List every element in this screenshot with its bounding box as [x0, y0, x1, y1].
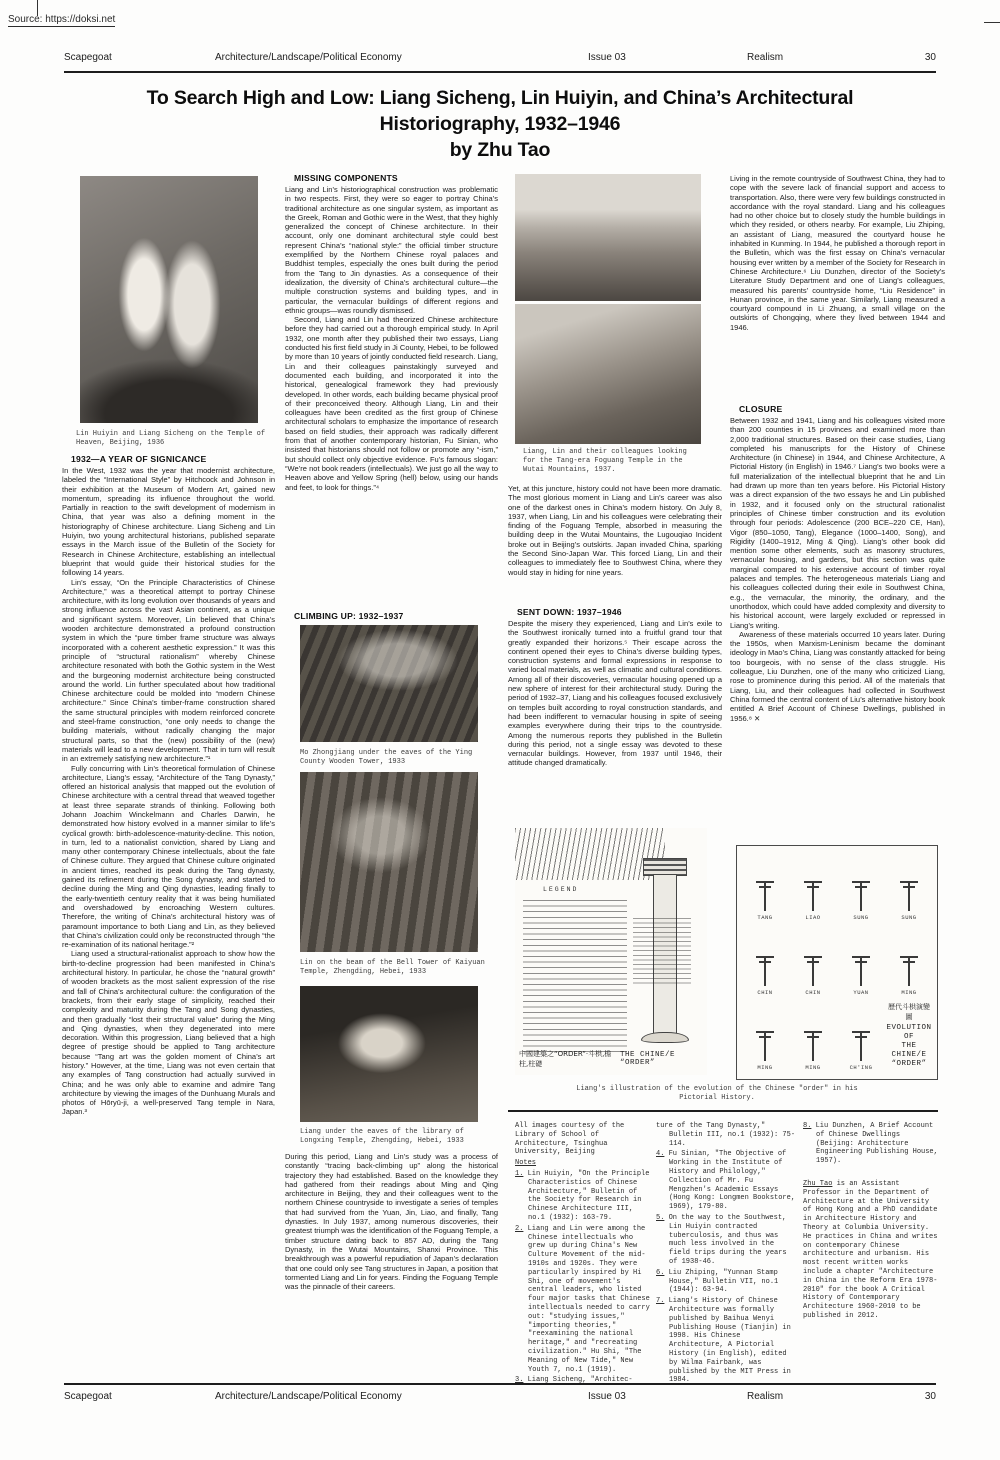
running-footer: Scapegoat Architecture/Landscape/Politic… [0, 1391, 1000, 1405]
evolution-cell: TANG [741, 850, 789, 925]
note-item: 7. Liang's History of Chinese Architectu… [656, 1297, 796, 1385]
diagram-column-plinth [641, 1032, 689, 1043]
footer-rule [64, 1383, 936, 1385]
evolution-cell: LIAO [789, 850, 837, 925]
column-2-body-bottom: During this period, Liang and Lin’s stud… [285, 1152, 498, 1291]
column-3-body-top: Yet, at this juncture, history could not… [508, 484, 722, 577]
author-bio: Zhu Tao is an Assistant Professor in the… [803, 1180, 941, 1321]
paragraph: Despite the misery they experienced, Lia… [508, 619, 722, 768]
evolution-title-cell: 歷代斗栱演變圖 EVOLUTION OF THE CHINE/E “ORDER” [885, 1000, 933, 1075]
evolution-title-chinese: 歷代斗栱演變圖 [885, 1002, 933, 1022]
paragraph: Second, Liang and Lin had theorized Chin… [285, 315, 498, 492]
photo-longxing-temple [300, 986, 478, 1122]
header-magazine: Scapegoat [64, 52, 112, 63]
dynasty-label: MING [901, 989, 916, 996]
title-line-1: To Search High and Low: Liang Sicheng, L… [0, 85, 1000, 111]
header-subtitle: Architecture/Landscape/Political Economy [215, 52, 402, 63]
evolution-title-english: EVOLUTION OF THE CHINE/E “ORDER” [886, 1024, 931, 1069]
dynasty-label: CHIN [757, 989, 772, 996]
paragraph: In the West, 1932 was the year that mode… [62, 466, 275, 578]
dynasty-label: SUNG [853, 914, 868, 921]
evolution-cell: SUNG [837, 850, 885, 925]
paragraph: Between 1932 and 1941, Liang and his col… [730, 416, 945, 630]
photo-caption-ying-county: Mo Zhongjiang under the eaves of the Yin… [300, 749, 490, 767]
note-item: 5. On the way to the Southwest, Lin Huiy… [656, 1214, 796, 1267]
dynasty-label: SUNG [901, 914, 916, 921]
diagram-left-label-chinese: 中國建築之“ORDER”·斗栱,檐柱,柱礎 [519, 1049, 620, 1069]
section-heading-climbing-up: CLIMBING UP: 1932–1937 [285, 611, 507, 621]
dynasty-label: MING [805, 1064, 820, 1071]
diagram-left-label-english: THE CHINE/E “ORDER” [620, 1051, 703, 1067]
column-1-body: In the West, 1932 was the year that mode… [62, 466, 275, 1117]
photo-caption-wutai: Liang, Lin and their colleagues looking … [523, 448, 701, 476]
note-item: 2. Liang and Lin were among the Chinese … [515, 1225, 651, 1375]
bracket-glyph [860, 881, 862, 911]
evolution-cell: SUNG [885, 850, 933, 925]
diagram-legend-list [523, 900, 627, 1052]
column-2-body-top: Liang and Lin’s historiographical constr… [285, 185, 498, 492]
running-header: Scapegoat Architecture/Landscape/Politic… [0, 52, 1000, 66]
notes-column-2: ture of the Tang Dynasty," Bulletin III,… [656, 1122, 796, 1387]
diagram-left-label: 中國建築之“ORDER”·斗栱,檐柱,柱礎 THE CHINE/E “ORDER… [519, 1049, 703, 1069]
footer-magazine: Scapegoat [64, 1391, 112, 1402]
footer-subtitle: Architecture/Landscape/Political Economy [215, 1391, 402, 1402]
note-item: ture of the Tang Dynasty," Bulletin III,… [656, 1122, 796, 1148]
notes-rule [508, 1110, 938, 1112]
evolution-cell: CH'ING [837, 1000, 885, 1075]
bracket-glyph [812, 881, 814, 911]
title-byline: by Zhu Tao [0, 137, 1000, 163]
header-page-number: 30 [880, 52, 936, 63]
footer-theme: Realism [747, 1391, 783, 1402]
dynasty-label: LIAO [805, 914, 820, 921]
paragraph: Fully concurring with Lin’s theoretical … [62, 764, 275, 950]
author-name: Zhu Tao [803, 1180, 832, 1188]
note-item: 4. Fu Sinian, "The Objective of Working … [656, 1150, 796, 1212]
section-heading-missing-components: MISSING COMPONENTS [285, 173, 507, 183]
section-heading-closure: CLOSURE [730, 404, 954, 414]
diagram-order-evolution-chart: TANG LIAO SUNG SUNG CHIN CHIN YUAN MING … [736, 845, 938, 1080]
evolution-cell: MING [741, 1000, 789, 1075]
image-credit: All images courtesy of the Library of Sc… [515, 1122, 651, 1157]
photo-caption-longxing: Liang under the eaves of the library of … [300, 1128, 492, 1146]
note-item: 1. Lin Huiyin, "On the Principle Charact… [515, 1170, 651, 1223]
source-url-text: Source: https://doksi.net [8, 14, 115, 27]
notes-heading: Notes [515, 1159, 651, 1168]
title-line-2: Historiography, 1932–1946 [0, 111, 1000, 137]
paragraph: Lin’s essay, “On the Principle Character… [62, 578, 275, 764]
photo-foguang-temple-roof [515, 304, 701, 444]
bracket-glyph [764, 1031, 766, 1061]
bracket-glyph [908, 956, 910, 986]
bracket-glyph [764, 881, 766, 911]
evolution-cell: YUAN [837, 925, 885, 1000]
diagram-legend-title: LEGEND [543, 886, 578, 893]
column-4-body-top: Living in the remote countryside of Sout… [730, 174, 945, 332]
diagram-caption: Liang's illustration of the evolution of… [572, 1085, 862, 1103]
paragraph: Liang used a structural-rationalist appr… [62, 949, 275, 1116]
section-heading-1932: 1932—A YEAR OF SIGNICANCE [62, 454, 284, 464]
notes-column-1: All images courtesy of the Library of Sc… [515, 1122, 651, 1387]
footer-page-number: 30 [880, 1391, 936, 1402]
header-theme: Realism [747, 52, 783, 63]
paragraph: Awareness of these materials occurred 10… [730, 630, 945, 723]
crop-mark-right [984, 22, 1000, 23]
diagram-side-note [633, 918, 691, 984]
article-title: To Search High and Low: Liang Sicheng, L… [0, 85, 1000, 163]
evolution-cell: MING [789, 1000, 837, 1075]
note-item: 8. Liu Dunzhen, A Brief Account of Chine… [803, 1122, 941, 1166]
bracket-glyph [764, 956, 766, 986]
column-3-body-bottom: Despite the misery they experienced, Lia… [508, 619, 722, 768]
dynasty-label: MING [757, 1064, 772, 1071]
paragraph: Yet, at this juncture, history could not… [508, 484, 722, 577]
evolution-grid: TANG LIAO SUNG SUNG CHIN CHIN YUAN MING … [741, 850, 933, 1075]
column-4-body-bottom: Between 1932 and 1941, Liang and his col… [730, 416, 945, 723]
photo-ying-county-tower [300, 625, 478, 742]
bracket-glyph [860, 956, 862, 986]
paragraph: Liang and Lin’s historiographical constr… [285, 185, 498, 315]
bracket-glyph [860, 1031, 862, 1061]
evolution-cell: CHIN [789, 925, 837, 1000]
dynasty-label: TANG [757, 914, 772, 921]
notes-column-3: 8. Liu Dunzhen, A Brief Account of Chine… [803, 1122, 941, 1323]
photo-kaiyuan-bell-tower [300, 772, 478, 952]
evolution-cell: MING [885, 925, 933, 1000]
diagram-chinese-order-section: LEGEND 中國建築之“ORDER”·斗栱,檐柱,柱礎 THE CHINE/E… [515, 828, 707, 1075]
photo-caption-kaiyuan: Lin on the beam of the Bell Tower of Kai… [300, 959, 492, 977]
photo-wutai-expedition [515, 174, 701, 301]
magazine-page: Source: https://doksi.net Scapegoat Arch… [0, 0, 1000, 1460]
section-heading-sent-down: SENT DOWN: 1937–1946 [508, 607, 731, 617]
bracket-glyph [908, 881, 910, 911]
note-item: 6. Liu Zhiping, "Yunnan Stamp House," Bu… [656, 1269, 796, 1295]
header-rule [64, 71, 936, 73]
bracket-glyph [812, 956, 814, 986]
dynasty-label: CHIN [805, 989, 820, 996]
header-issue: Issue 03 [588, 52, 626, 63]
photo-lin-liang-temple-of-heaven [80, 176, 258, 423]
bracket-glyph [812, 1031, 814, 1061]
evolution-cell: CHIN [741, 925, 789, 1000]
dynasty-label: CH'ING [850, 1064, 873, 1071]
paragraph: During this period, Liang and Lin’s stud… [285, 1152, 498, 1291]
photo-caption-temple-of-heaven: Lin Huiyin and Liang Sicheng on the Temp… [76, 430, 266, 448]
paragraph: Living in the remote countryside of Sout… [730, 174, 945, 332]
footer-issue: Issue 03 [588, 1391, 626, 1402]
dynasty-label: YUAN [853, 989, 868, 996]
crop-mark-left [37, 0, 38, 16]
